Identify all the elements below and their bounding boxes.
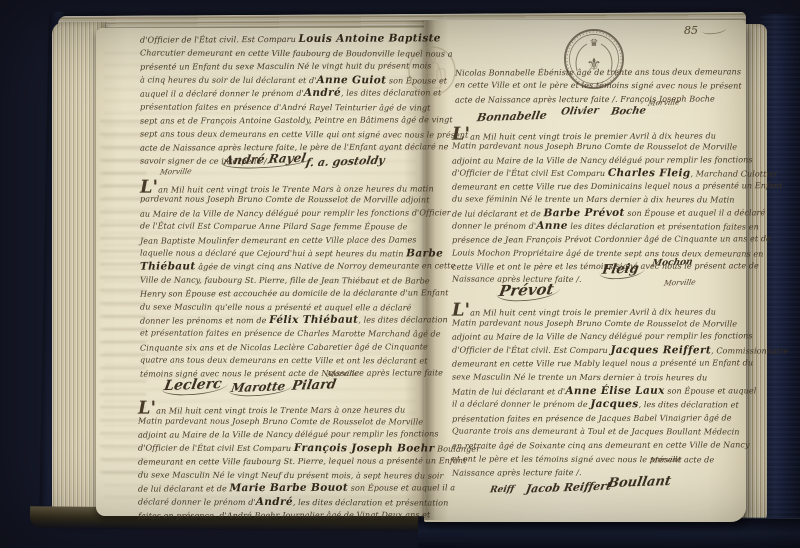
manuscript-line: Louis Mochon Propriétaire âgé de trente … (452, 246, 742, 260)
signature: Morville (663, 277, 696, 287)
signature: Morville (647, 97, 680, 107)
birth-record: L'an Mil huit cent vingt trois le Trente… (138, 401, 426, 523)
manuscript-line: L'an Mil huit cent vingt trois le premie… (452, 302, 744, 317)
manuscript-line: en retraite âgé de Soixante cinq ans dem… (452, 438, 744, 453)
manuscript-line: du sexe Masculin Né le vingt Neuf du pré… (138, 468, 426, 483)
manuscript-line: sept ans tous deux demeurans en cette Vi… (140, 127, 426, 141)
manuscript-line: Matin de lui déclarant et d'Anne Élise L… (452, 384, 744, 399)
manuscript-line: du sexe Masculin qu'elle nous a présenté… (140, 300, 426, 314)
birth-record: L'an Mil huit cent vingt trois le premie… (452, 303, 744, 480)
signature: Reiff (489, 485, 515, 496)
manuscript-line: Naissance après lecture faite /. (452, 465, 744, 480)
manuscript-line: L'an Mil huit cent vingt trois le Trente… (138, 400, 426, 415)
photograph: ♛ ⚜ 85 d'Officier de l'État civil. Est C… (0, 0, 800, 548)
manuscript-line: présenté un Enfant du sexe Masculin Né l… (140, 59, 426, 74)
signature: Morville (159, 166, 192, 176)
manuscript-line: adjoint au Maire de la Ville de Nancy dé… (452, 330, 744, 345)
manuscript-line: auquel il a déclaré donner le prénom d'A… (140, 86, 426, 101)
page-number: 85 (684, 24, 726, 37)
manuscript-line: demeurant en cette Ville rue Mably leque… (452, 357, 744, 372)
manuscript-line: Naissance après lecture faite /. (452, 273, 742, 287)
manuscript-line: présence de Jean François Prévot Cordonn… (452, 233, 742, 248)
birth-record: L'an Mil huit cent vingt trois le Trente… (140, 180, 426, 381)
signature: Mochon (651, 257, 693, 268)
birth-record: Nicolas Bonnabelle Ébéniste âgé de trent… (455, 66, 739, 106)
manuscript-line: d'Officier de l'État civil Est Comparu C… (452, 166, 742, 180)
manuscript-line: pardevant nous Joseph Bruno Comte de Rou… (140, 193, 426, 207)
manuscript-line: et présentation faites en présence de Ch… (140, 327, 426, 341)
manuscript-line: sept ans et de François Antoine Gastoldy… (140, 113, 426, 128)
signature: Pilard (291, 377, 338, 394)
manuscript-line: demeurant en cette Ville faubourg St. Pi… (138, 454, 426, 469)
manuscript-line: de l'État civil Est Comparue Anne Pilard… (140, 220, 426, 234)
manuscript-line: Ville de Nancy, faubourg St. Pierre, fil… (140, 273, 426, 287)
manuscript-line: adjoint au Maire de la Ville de Nancy dé… (138, 427, 426, 442)
manuscript-line: Thiébaut âgée de vingt cinq ans Native d… (140, 260, 426, 275)
manuscript-line: en cette Ville et ont le père et les tém… (455, 79, 739, 93)
manuscript-line: sexe Masculin Né le trente un Mars derni… (452, 370, 744, 385)
birth-record: d'Officier de l'État civil. Est Comparu … (140, 33, 426, 168)
manuscript-line: Matin pardevant nous Joseph Bruno Comte … (452, 316, 744, 331)
manuscript-line: faites en présence, d'André Boehr Journa… (138, 508, 426, 523)
manuscript-line: Matin pardevant nous Joseph Bruno Comte … (138, 414, 426, 429)
crown-icon: ♛ (590, 38, 599, 49)
manuscript-line: du sexe féminin Né le trente un Mars der… (452, 193, 742, 207)
signature: Morville (649, 454, 682, 464)
signature: Boche (610, 105, 647, 117)
signature: Boullant (607, 474, 672, 491)
manuscript-line: Quarante trois ans demeurant à Toul et d… (452, 425, 744, 440)
manuscript-line: Jean Baptiste Moulinfer demeurant en cet… (140, 233, 426, 248)
manuscript-line: et ont le père et les témoins signé avec… (452, 452, 744, 467)
manuscript-line: d'Officier de l'État civil Est Comparu F… (138, 441, 426, 456)
manuscript-line: Charcutier demeurant en cette Ville faub… (140, 46, 426, 60)
manuscript-line: Cinquante six ans et de Nicolas Leclère … (140, 340, 426, 355)
manuscript-line: d'Officier de l'État civil. Est Comparu … (140, 32, 426, 47)
manuscript-line: déclaré donner le prénom d'André, les di… (138, 495, 426, 510)
manuscript-line: adjoint au Maire de la Ville de Nancy dé… (452, 153, 742, 168)
manuscript-line: Matin pardevant nous Joseph Bruno Comte … (452, 140, 742, 154)
manuscript-line: présentation faites en présence d'André … (140, 100, 426, 114)
signature: Bonnabelle (476, 109, 548, 125)
manuscript-line: au Maire de la Ville de Nancy délégué po… (140, 206, 426, 221)
birth-record: L'an Mil huit cent vingt trois le premie… (452, 127, 742, 287)
manuscript-line: à cinq heures du soir de lui déclarant e… (140, 73, 426, 87)
signature: Morville (326, 368, 359, 378)
manuscript-line: de lui déclarant et de Barbe Prévot son … (452, 206, 742, 221)
signature: Olivier (560, 105, 599, 117)
manuscript-line: il a déclaré donner le prénom de Jacques… (452, 398, 744, 413)
manuscript-line: Henry son Épouse est accouchée au domici… (140, 287, 426, 302)
manuscript-line: de lui déclarant et de Marie Barbe Bouot… (138, 481, 426, 496)
